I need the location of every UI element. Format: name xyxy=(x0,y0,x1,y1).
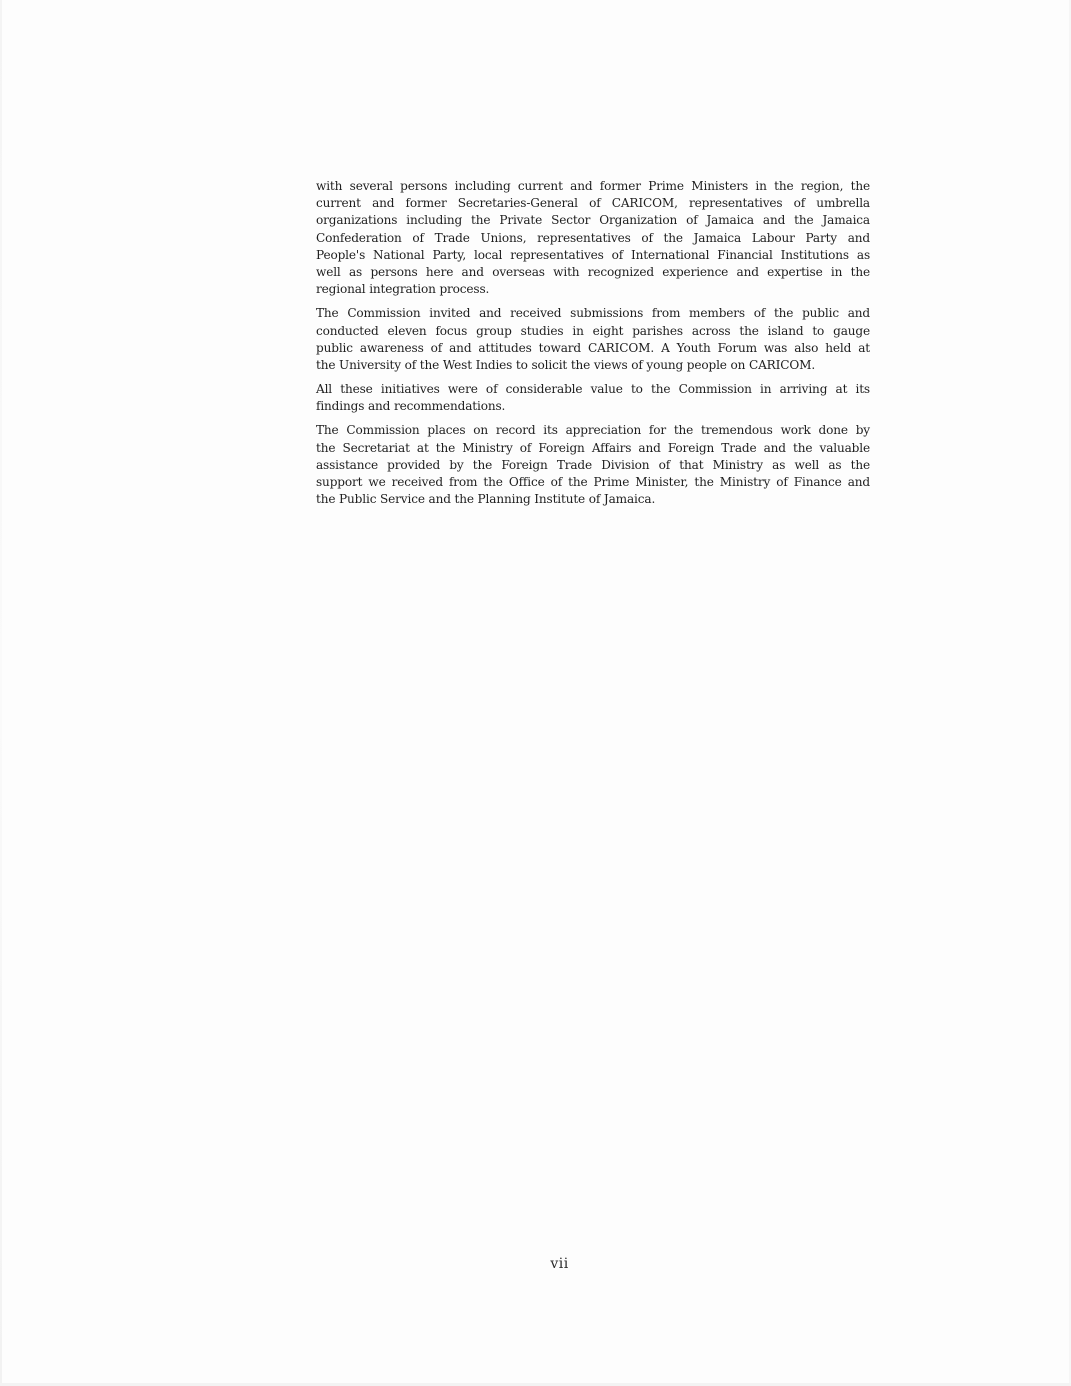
text-line: the Secretariat at the Ministry of Forei… xyxy=(316,440,870,457)
paragraph-appreciation: The Commission places on record its appr… xyxy=(316,422,870,508)
text-line: with several persons including current a… xyxy=(316,178,870,195)
text-line: Confederation of Trade Unions, represent… xyxy=(316,230,870,247)
paragraph-submissions: The Commission invited and received subm… xyxy=(316,305,870,374)
text-line: regional integration process. xyxy=(316,281,870,298)
text-line: The Commission places on record its appr… xyxy=(316,422,870,439)
text-line: People's National Party, local represent… xyxy=(316,247,870,264)
text-line: the University of the West Indies to sol… xyxy=(316,357,870,374)
paragraph-initiatives: All these initiatives were of considerab… xyxy=(316,381,870,415)
body-text: with several persons including current a… xyxy=(316,178,870,515)
text-line: the Public Service and the Planning Inst… xyxy=(316,491,870,508)
text-line: All these initiatives were of considerab… xyxy=(316,381,870,398)
text-line: organizations including the Private Sect… xyxy=(316,212,870,229)
text-line: assistance provided by the Foreign Trade… xyxy=(316,457,870,474)
text-line: conducted eleven focus group studies in … xyxy=(316,323,870,340)
paragraph-consultations: with several persons including current a… xyxy=(316,178,870,298)
scan-edge-left xyxy=(0,0,2,1386)
text-line: current and former Secretaries-General o… xyxy=(316,195,870,212)
text-line: support we received from the Office of t… xyxy=(316,474,870,491)
document-page: with several persons including current a… xyxy=(0,0,1071,1386)
text-line: findings and recommendations. xyxy=(316,398,870,415)
text-line: public awareness of and attitudes toward… xyxy=(316,340,870,357)
text-line: The Commission invited and received subm… xyxy=(316,305,870,322)
text-line: well as persons here and overseas with r… xyxy=(316,264,870,281)
page-number: vii xyxy=(0,1256,1071,1272)
